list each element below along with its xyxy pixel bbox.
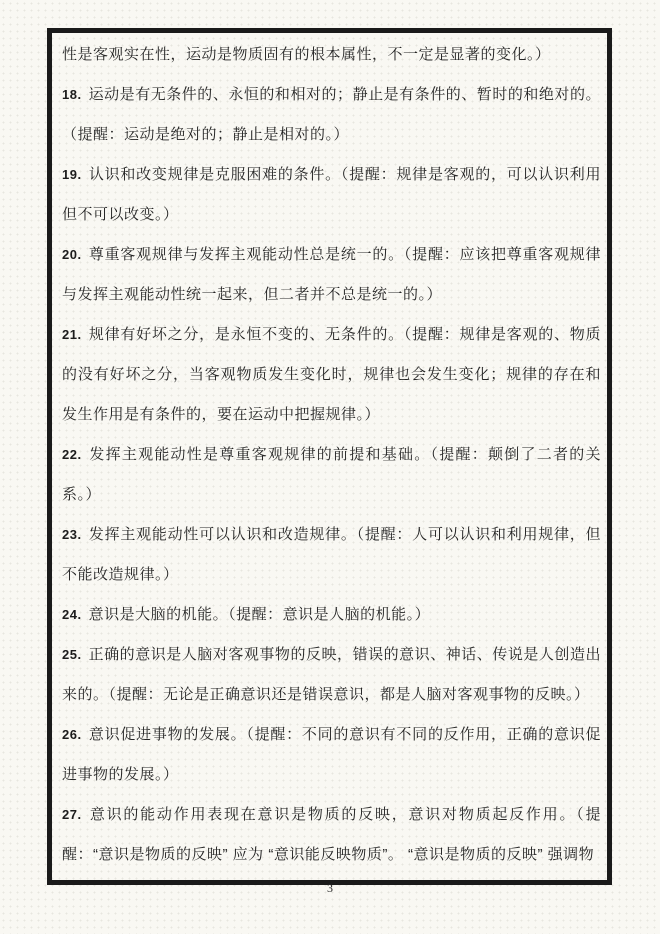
- item-number: 23.: [62, 527, 82, 542]
- paragraph-continuation: 性是客观实在性，运动是物质固有的根本属性，不一定是显著的变化。）: [62, 35, 601, 75]
- paragraph-item-24: 24.意识是大脑的机能。（提醒：意识是人脑的机能。）: [62, 595, 601, 635]
- item-number: 25.: [62, 647, 82, 662]
- paragraph-item-25: 25.正确的意识是人脑对客观事物的反映，错误的意识、神话、传说是人创造出来的。（…: [62, 635, 601, 715]
- paragraph-item-19: 19.认识和改变规律是克服困难的条件。（提醒：规律是客观的，可以认识利用但不可以…: [62, 155, 601, 235]
- paragraph-item-22: 22.发挥主观能动性是尊重客观规律的前提和基础。（提醒：颠倒了二者的关系。）: [62, 435, 601, 515]
- item-text: 意识是大脑的机能。（提醒：意识是人脑的机能。）: [89, 606, 431, 623]
- paragraph-item-23: 23.发挥主观能动性可以认识和改造规律。（提醒：人可以认识和利用规律，但不能改造…: [62, 515, 601, 595]
- item-text: 认识和改变规律是克服困难的条件。（提醒：规律是客观的，可以认识利用但不可以改变。…: [62, 166, 601, 223]
- item-text: 意识促进事物的发展。（提醒：不同的意识有不同的反作用，正确的意识促进事物的发展。…: [62, 726, 601, 783]
- item-number: 24.: [62, 607, 82, 622]
- paragraph-item-18: 18.运动是有无条件的、永恒的和相对的；静止是有条件的、暂时的和绝对的。（提醒：…: [62, 75, 601, 155]
- item-number: 22.: [62, 447, 82, 462]
- paragraph-item-26: 26.意识促进事物的发展。（提醒：不同的意识有不同的反作用，正确的意识促进事物的…: [62, 715, 601, 795]
- paragraph-item-20: 20.尊重客观规律与发挥主观能动性总是统一的。（提醒：应该把尊重客观规律与发挥主…: [62, 235, 601, 315]
- item-number: 26.: [62, 727, 82, 742]
- paragraph-item-21: 21.规律有好坏之分，是永恒不变的、无条件的。（提醒：规律是客观的、物质的没有好…: [62, 315, 601, 435]
- item-text: 发挥主观能动性是尊重客观规律的前提和基础。（提醒：颠倒了二者的关系。）: [62, 446, 601, 503]
- item-text: 尊重客观规律与发挥主观能动性总是统一的。（提醒：应该把尊重客观规律与发挥主观能动…: [62, 246, 601, 303]
- item-text: 意识的能动作用表现在意识是物质的反映，意识对物质起反作用。（提醒：“意识是物质的…: [62, 806, 601, 863]
- item-number: 18.: [62, 87, 82, 102]
- item-text: 正确的意识是人脑对客观事物的反映，错误的意识、神话、传说是人创造出来的。（提醒：…: [62, 646, 601, 703]
- item-text: 规律有好坏之分，是永恒不变的、无条件的。（提醒：规律是客观的、物质的没有好坏之分…: [62, 326, 601, 423]
- item-number: 19.: [62, 167, 82, 182]
- paragraph-item-27: 27.意识的能动作用表现在意识是物质的反映，意识对物质起反作用。（提醒：“意识是…: [62, 795, 601, 875]
- document-border-frame: 性是客观实在性，运动是物质固有的根本属性，不一定是显著的变化。） 18.运动是有…: [47, 28, 612, 885]
- item-number: 20.: [62, 247, 82, 262]
- scanned-document-page: { "page": { "number": "3" }, "colors": {…: [0, 0, 660, 934]
- item-text: 性是客观实在性，运动是物质固有的根本属性，不一定是显著的变化。）: [62, 46, 551, 63]
- item-number: 27.: [62, 807, 82, 822]
- page-number: 3: [327, 881, 333, 896]
- item-number: 21.: [62, 327, 82, 342]
- item-text: 发挥主观能动性可以认识和改造规律。（提醒：人可以认识和利用规律，但不能改造规律。…: [62, 526, 601, 583]
- item-text: 运动是有无条件的、永恒的和相对的；静止是有条件的、暂时的和绝对的。（提醒：运动是…: [62, 86, 601, 143]
